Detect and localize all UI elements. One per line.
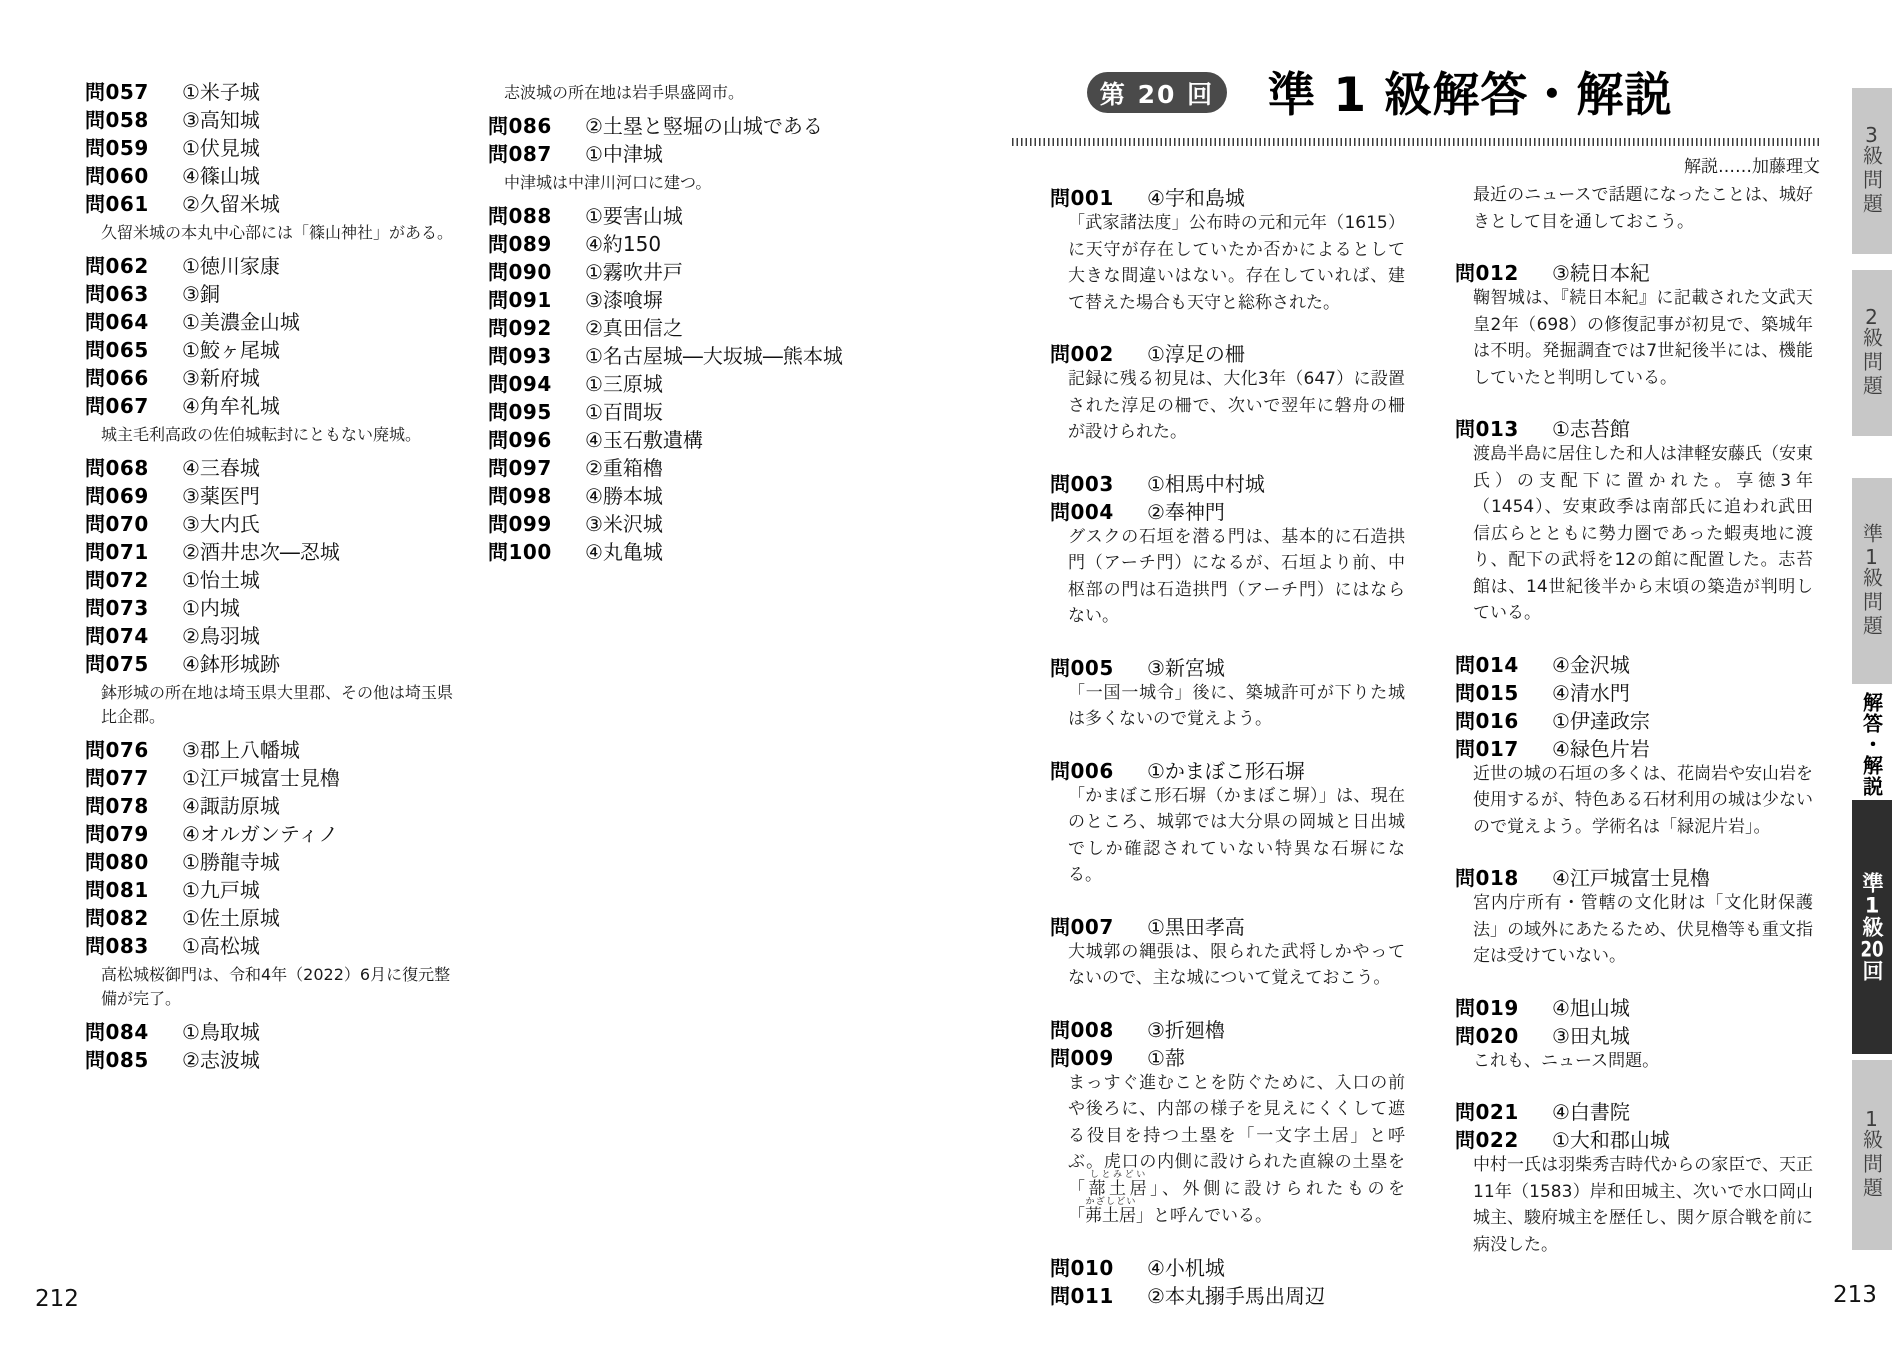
question-number: 問018 — [1455, 862, 1552, 891]
answer-row: 問096④玉石敷遺構 — [488, 424, 858, 452]
question-number: 問080 — [85, 846, 182, 875]
answer-row: 問079④オルガンティノ — [85, 818, 457, 846]
question-number: 問059 — [85, 132, 182, 161]
question-number: 問014 — [1455, 649, 1552, 678]
answer-row: 問073①内城 — [85, 592, 457, 620]
answer-text: ①徳川家康 — [182, 250, 280, 279]
answer-row: 問022①大和郡山城 — [1455, 1124, 1813, 1152]
answer-text: ④角牟礼城 — [182, 390, 280, 419]
answer-text: ④丸亀城 — [585, 536, 663, 565]
question-number: 問017 — [1455, 733, 1552, 762]
sidebar-tab-label: 準1級問題 — [1858, 523, 1887, 639]
answer-row: 問070③大内氏 — [85, 508, 457, 536]
explanation-paragraph: 「武家諸法度」公布時の元和元年（1615）に天守が存在していたか否かによるとして… — [1068, 210, 1405, 316]
question-number: 問088 — [488, 200, 585, 229]
question-number: 問012 — [1455, 257, 1552, 286]
answer-text: ③薬医門 — [182, 480, 260, 509]
answer-text: ④約150 — [585, 228, 661, 257]
answer-text: ④旭山城 — [1552, 992, 1630, 1021]
answer-text: ③銅 — [182, 278, 220, 307]
page-number-left: 212 — [35, 1286, 79, 1312]
explanation-paragraph: 大城郭の縄張は、限られた武将しかやってないので、主な城について覚えておこう。 — [1068, 939, 1405, 992]
answer-text: ②真田信之 — [585, 312, 683, 341]
left-answers-column-1: 問057①米子城問058③高知城問059①伏見城問060④篠山城問061②久留米… — [85, 76, 457, 1072]
answer-row: 問062①徳川家康 — [85, 250, 457, 278]
answer-text: ④宇和島城 — [1147, 182, 1245, 211]
sidebar-tab-2: 2級問題 — [1852, 270, 1892, 436]
question-number: 問008 — [1050, 1014, 1147, 1043]
answer-text: ①志苔館 — [1552, 413, 1630, 442]
answer-text: ①名古屋城―大坂城―熊本城 — [585, 340, 843, 369]
explanation-paragraph: 鞠智城は、『続日本紀』に記載された文武天皇2年（698）の修復記事が初見で、築城… — [1473, 285, 1813, 391]
answer-row: 問089④約150 — [488, 228, 858, 256]
answer-row: 問092②真田信之 — [488, 312, 858, 340]
answer-text: ②酒井忠次―忍城 — [182, 536, 340, 565]
question-number: 問006 — [1050, 755, 1147, 784]
question-number: 問081 — [85, 874, 182, 903]
explanation-paragraph-ruby: まっすぐ進むことを防ぐために、入口の前や後ろに、内部の様子を見えにくくして遮る役… — [1068, 1070, 1405, 1230]
answer-row: 問080①勝龍寺城 — [85, 846, 457, 874]
question-number: 問057 — [85, 76, 182, 105]
answer-row: 問015④清水門 — [1455, 677, 1813, 705]
answer-text: ①美濃金山城 — [182, 306, 300, 335]
note-text: 城主毛利高政の佐伯城転封にともない廃城。 — [101, 423, 457, 447]
sidebar-tab-label: 2級問題 — [1858, 307, 1887, 399]
question-number: 問074 — [85, 620, 182, 649]
answer-text: ①江戸城富士見櫓 — [182, 762, 340, 791]
question-number: 問091 — [488, 284, 585, 313]
sidebar-tab-1: 3級問題 — [1852, 88, 1892, 254]
answer-row: 問085②志波城 — [85, 1044, 457, 1072]
answer-text: ①内城 — [182, 592, 240, 621]
answer-row: 問011②本丸搦手馬出周辺 — [1050, 1280, 1405, 1308]
answer-text: ①霧吹井戸 — [585, 256, 683, 285]
answer-text: ①中津城 — [585, 138, 663, 167]
answer-row: 問013①志苔館 — [1455, 413, 1813, 441]
question-number: 問060 — [85, 160, 182, 189]
answer-text: ④江戸城富士見櫓 — [1552, 862, 1710, 891]
answer-row: 問091③漆喰塀 — [488, 284, 858, 312]
question-number: 問019 — [1455, 992, 1552, 1021]
answer-text: ④鉢形城跡 — [182, 648, 280, 677]
answer-text: ②土塁と竪堀の山城である — [585, 110, 823, 139]
explanation-paragraph: 最近のニュースで話題になったことは、城好きとして目を通しておこう。 — [1473, 182, 1813, 235]
answer-row: 問012③続日本紀 — [1455, 257, 1813, 285]
explanation-paragraph: 記録に残る初見は、大化3年（647）に設置された淳足の柵で、次いで翌年に磐舟の柵… — [1068, 366, 1405, 446]
sidebar-tab-6: 1級問題 — [1852, 1060, 1892, 1250]
page-number-right: 213 — [1833, 1282, 1877, 1308]
answer-text: ②本丸搦手馬出周辺 — [1147, 1280, 1325, 1309]
answer-row: 問076③郡上八幡城 — [85, 734, 457, 762]
question-number: 問063 — [85, 278, 182, 307]
answer-text: ④三春城 — [182, 452, 260, 481]
answer-text: ①三原城 — [585, 368, 663, 397]
question-number: 問097 — [488, 452, 585, 481]
answer-row: 問094①三原城 — [488, 368, 858, 396]
answer-text: ①相馬中村城 — [1147, 468, 1265, 497]
question-number: 問084 — [85, 1016, 182, 1045]
answer-row: 問002①淳足の柵 — [1050, 338, 1405, 366]
question-number: 問003 — [1050, 468, 1147, 497]
explanation-paragraph: これも、ニュース問題。 — [1473, 1048, 1813, 1075]
answer-row: 問074②鳥羽城 — [85, 620, 457, 648]
round-badge: 第 20 回 — [1087, 72, 1227, 113]
answer-text: ③高知城 — [182, 104, 260, 133]
answer-row: 問020③田丸城 — [1455, 1020, 1813, 1048]
question-number: 問011 — [1050, 1280, 1147, 1309]
answer-text: ①蔀 — [1147, 1042, 1185, 1071]
answer-text: ③漆喰塀 — [585, 284, 663, 313]
right-answers-column-1: 問001④宇和島城「武家諸法度」公布時の元和元年（1615）に天守が存在していた… — [1050, 182, 1405, 1308]
explanation-paragraph: 渡島半島に居住した和人は津軽安藤氏（安東氏）の支配下に置かれた。享徳3年（145… — [1473, 441, 1813, 627]
answer-row: 問099③米沢城 — [488, 508, 858, 536]
question-number: 問005 — [1050, 652, 1147, 681]
book-spread: { "meta": { "left_page_number": "212", "… — [0, 0, 1904, 1350]
question-number: 問020 — [1455, 1020, 1552, 1049]
answer-text: ②重箱櫓 — [585, 452, 663, 481]
note-text: 志波城の所在地は岩手県盛岡市。 — [504, 81, 858, 105]
answer-text: ③田丸城 — [1552, 1020, 1630, 1049]
answer-row: 問088①要害山城 — [488, 200, 858, 228]
question-number: 問010 — [1050, 1252, 1147, 1281]
right-answers-column-2: 最近のニュースで話題になったことは、城好きとして目を通しておこう。問012③続日… — [1455, 182, 1813, 1280]
answer-row: 問060④篠山城 — [85, 160, 457, 188]
answer-row: 問019④旭山城 — [1455, 992, 1813, 1020]
answer-row: 問100④丸亀城 — [488, 536, 858, 564]
answer-text: ③新府城 — [182, 362, 260, 391]
question-number: 問095 — [488, 396, 585, 425]
explainer-credit: 解説……加藤理文 — [1012, 152, 1820, 177]
question-number: 問075 — [85, 648, 182, 677]
answer-row: 問095①百間坂 — [488, 396, 858, 424]
question-number: 問066 — [85, 362, 182, 391]
answer-row: 問087①中津城 — [488, 138, 858, 166]
sidebar-tab-label: 1級問題 — [1858, 1109, 1887, 1201]
question-number: 問069 — [85, 480, 182, 509]
answer-row: 問067④角牟礼城 — [85, 390, 457, 418]
answer-row: 問009①蔀 — [1050, 1042, 1405, 1070]
question-number: 問064 — [85, 306, 182, 335]
sidebar-tab-label: 3級問題 — [1858, 125, 1887, 217]
answer-row: 問075④鉢形城跡 — [85, 648, 457, 676]
question-number: 問002 — [1050, 338, 1147, 367]
answer-row: 問010④小机城 — [1050, 1252, 1405, 1280]
answer-text: ④篠山城 — [182, 160, 260, 189]
left-answers-column-2: 志波城の所在地は岩手県盛岡市。問086②土塁と竪堀の山城である問087①中津城中… — [488, 76, 858, 564]
explanation-paragraph: 「一国一城令」後に、築城許可が下りた城は多くないので覚えよう。 — [1068, 680, 1405, 733]
answer-row: 問069③薬医門 — [85, 480, 457, 508]
answer-text: ③郡上八幡城 — [182, 734, 300, 763]
question-number: 問022 — [1455, 1124, 1552, 1153]
answer-row: 問007①黒田孝高 — [1050, 911, 1405, 939]
question-number: 問087 — [488, 138, 585, 167]
answer-text: ①高松城 — [182, 930, 260, 959]
question-number: 問082 — [85, 902, 182, 931]
explanation-paragraph: 中村一氏は羽柴秀吉時代からの家臣で、天正11年（1583）岸和田城主、次いで水口… — [1473, 1152, 1813, 1258]
note-text: 中津城は中津川河口に建つ。 — [504, 171, 858, 195]
answer-text: ④オルガンティノ — [182, 818, 338, 847]
note-text: 久留米城の本丸中心部には「篠山神社」がある。 — [101, 221, 457, 245]
answer-text: ②鳥羽城 — [182, 620, 260, 649]
answer-text: ③米沢城 — [585, 508, 663, 537]
answer-row: 問066③新府城 — [85, 362, 457, 390]
answer-text: ①かまぼこ形石塀 — [1147, 755, 1305, 784]
question-number: 問099 — [488, 508, 585, 537]
answer-row: 問084①鳥取城 — [85, 1016, 457, 1044]
answer-row: 問083①高松城 — [85, 930, 457, 958]
question-number: 問062 — [85, 250, 182, 279]
answer-row: 問071②酒井忠次―忍城 — [85, 536, 457, 564]
question-number: 問076 — [85, 734, 182, 763]
answer-text: ①要害山城 — [585, 200, 683, 229]
answer-row: 問077①江戸城富士見櫓 — [85, 762, 457, 790]
answer-text: ④諏訪原城 — [182, 790, 280, 819]
answer-text: ①怡土城 — [182, 564, 260, 593]
answer-text: ③折廻櫓 — [1147, 1014, 1225, 1043]
question-number: 問013 — [1455, 413, 1552, 442]
answer-row: 問061②久留米城 — [85, 188, 457, 216]
question-number: 問083 — [85, 930, 182, 959]
answer-row: 問078④諏訪原城 — [85, 790, 457, 818]
answer-text: ①伊達政宗 — [1552, 705, 1650, 734]
question-number: 問021 — [1455, 1096, 1552, 1125]
answer-text: ④玉石敷遺構 — [585, 424, 703, 453]
answer-text: ①黒田孝高 — [1147, 911, 1245, 940]
answer-row: 問018④江戸城富士見櫓 — [1455, 862, 1813, 890]
section-title: 準 1 級解答・解説 — [1268, 58, 1672, 125]
answer-text: ④勝本城 — [585, 480, 663, 509]
answer-text: ③大内氏 — [182, 508, 260, 537]
answer-text: ①百間坂 — [585, 396, 663, 425]
explanation-paragraph: 近世の城の石垣の多くは、花崗岩や安山岩を使用するが、特色ある石材利用の城は少ない… — [1473, 761, 1813, 841]
sidebar-tab-label: 準1級20回 — [1857, 872, 1887, 983]
answer-row: 問008③折廻櫓 — [1050, 1014, 1405, 1042]
answer-text: ②奉神門 — [1147, 496, 1225, 525]
answer-text: ①勝龍寺城 — [182, 846, 280, 875]
answer-row: 問081①九戸城 — [85, 874, 457, 902]
question-number: 問068 — [85, 452, 182, 481]
question-number: 問004 — [1050, 496, 1147, 525]
answer-row: 問005③新宮城 — [1050, 652, 1405, 680]
answer-row: 問090①霧吹井戸 — [488, 256, 858, 284]
note-text: 高松城桜御門は、令和4年（2022）6月に復元整備が完了。 — [101, 963, 457, 1011]
question-number: 問085 — [85, 1044, 182, 1073]
answer-text: ①鮫ヶ尾城 — [182, 334, 280, 363]
answer-row: 問097②重箱櫓 — [488, 452, 858, 480]
question-number: 問093 — [488, 340, 585, 369]
answer-row: 問017④緑色片岩 — [1455, 733, 1813, 761]
answer-text: ②久留米城 — [182, 188, 280, 217]
answer-text: ①大和郡山城 — [1552, 1124, 1670, 1153]
question-number: 問065 — [85, 334, 182, 363]
explanation-paragraph: グスクの石垣を潜る門は、基本的に石造拱門（アーチ門）になるが、石垣より前、中枢部… — [1068, 524, 1405, 630]
answer-row: 問065①鮫ヶ尾城 — [85, 334, 457, 362]
answer-text: ②志波城 — [182, 1044, 260, 1073]
answer-row: 問004②奉神門 — [1050, 496, 1405, 524]
answer-text: ①九戸城 — [182, 874, 260, 903]
question-number: 問090 — [488, 256, 585, 285]
question-number: 問009 — [1050, 1042, 1147, 1071]
answer-text: ④白書院 — [1552, 1096, 1630, 1125]
sidebar-tab-5: 準1級20回 — [1852, 800, 1892, 1054]
answer-row: 問072①怡土城 — [85, 564, 457, 592]
answer-text: ①米子城 — [182, 76, 260, 105]
sidebar-tab-label: 解答・解説 — [1858, 692, 1887, 797]
answer-row: 問086②土塁と竪堀の山城である — [488, 110, 858, 138]
question-number: 問001 — [1050, 182, 1147, 211]
answer-row: 問082①佐土原城 — [85, 902, 457, 930]
answer-text: ④緑色片岩 — [1552, 733, 1650, 762]
question-number: 問073 — [85, 592, 182, 621]
dotted-rule — [1012, 138, 1820, 146]
question-number: 問089 — [488, 228, 585, 257]
question-number: 問086 — [488, 110, 585, 139]
sidebar-tab-3: 準1級問題 — [1852, 478, 1892, 684]
question-number: 問016 — [1455, 705, 1552, 734]
answer-row: 問006①かまぼこ形石塀 — [1050, 755, 1405, 783]
question-number: 問078 — [85, 790, 182, 819]
answer-row: 問059①伏見城 — [85, 132, 457, 160]
note-text: 鉢形城の所在地は埼玉県大里郡、その他は埼玉県比企郡。 — [101, 681, 457, 729]
question-number: 問015 — [1455, 677, 1552, 706]
answer-row: 問016①伊達政宗 — [1455, 705, 1813, 733]
question-number: 問071 — [85, 536, 182, 565]
question-number: 問100 — [488, 536, 585, 565]
sidebar-tab-4: 解答・解説 — [1852, 688, 1892, 800]
answer-row: 問093①名古屋城―大坂城―熊本城 — [488, 340, 858, 368]
explanation-paragraph: 「かまぼこ形石塀（かまぼこ塀）」は、現在のところ、城郭では大分県の岡城と日出城で… — [1068, 783, 1405, 889]
explanation-paragraph: 宮内庁所有・管轄の文化財は「文化財保護法」の域外にあたるため、伏見櫓等も重文指定… — [1473, 890, 1813, 970]
question-number: 問079 — [85, 818, 182, 847]
answer-text: ①鳥取城 — [182, 1016, 260, 1045]
answer-row: 問021④白書院 — [1455, 1096, 1813, 1124]
answer-row: 問064①美濃金山城 — [85, 306, 457, 334]
question-number: 問007 — [1050, 911, 1147, 940]
question-number: 問096 — [488, 424, 585, 453]
answer-text: ④小机城 — [1147, 1252, 1225, 1281]
answer-text: ③新宮城 — [1147, 652, 1225, 681]
answer-row: 問068④三春城 — [85, 452, 457, 480]
answer-text: ①淳足の柵 — [1147, 338, 1245, 367]
answer-row: 問014④金沢城 — [1455, 649, 1813, 677]
answer-text: ③続日本紀 — [1552, 257, 1650, 286]
answer-row: 問003①相馬中村城 — [1050, 468, 1405, 496]
answer-text: ④金沢城 — [1552, 649, 1630, 678]
answer-row: 問063③銅 — [85, 278, 457, 306]
answer-row: 問058③高知城 — [85, 104, 457, 132]
question-number: 問058 — [85, 104, 182, 133]
question-number: 問061 — [85, 188, 182, 217]
question-number: 問072 — [85, 564, 182, 593]
question-number: 問070 — [85, 508, 182, 537]
question-number: 問094 — [488, 368, 585, 397]
question-number: 問077 — [85, 762, 182, 791]
question-number: 問067 — [85, 390, 182, 419]
answer-text: ①伏見城 — [182, 132, 260, 161]
answer-row: 問057①米子城 — [85, 76, 457, 104]
answer-row: 問001④宇和島城 — [1050, 182, 1405, 210]
answer-text: ④清水門 — [1552, 677, 1630, 706]
question-number: 問092 — [488, 312, 585, 341]
question-number: 問098 — [488, 480, 585, 509]
answer-row: 問098④勝本城 — [488, 480, 858, 508]
answer-text: ①佐土原城 — [182, 902, 280, 931]
